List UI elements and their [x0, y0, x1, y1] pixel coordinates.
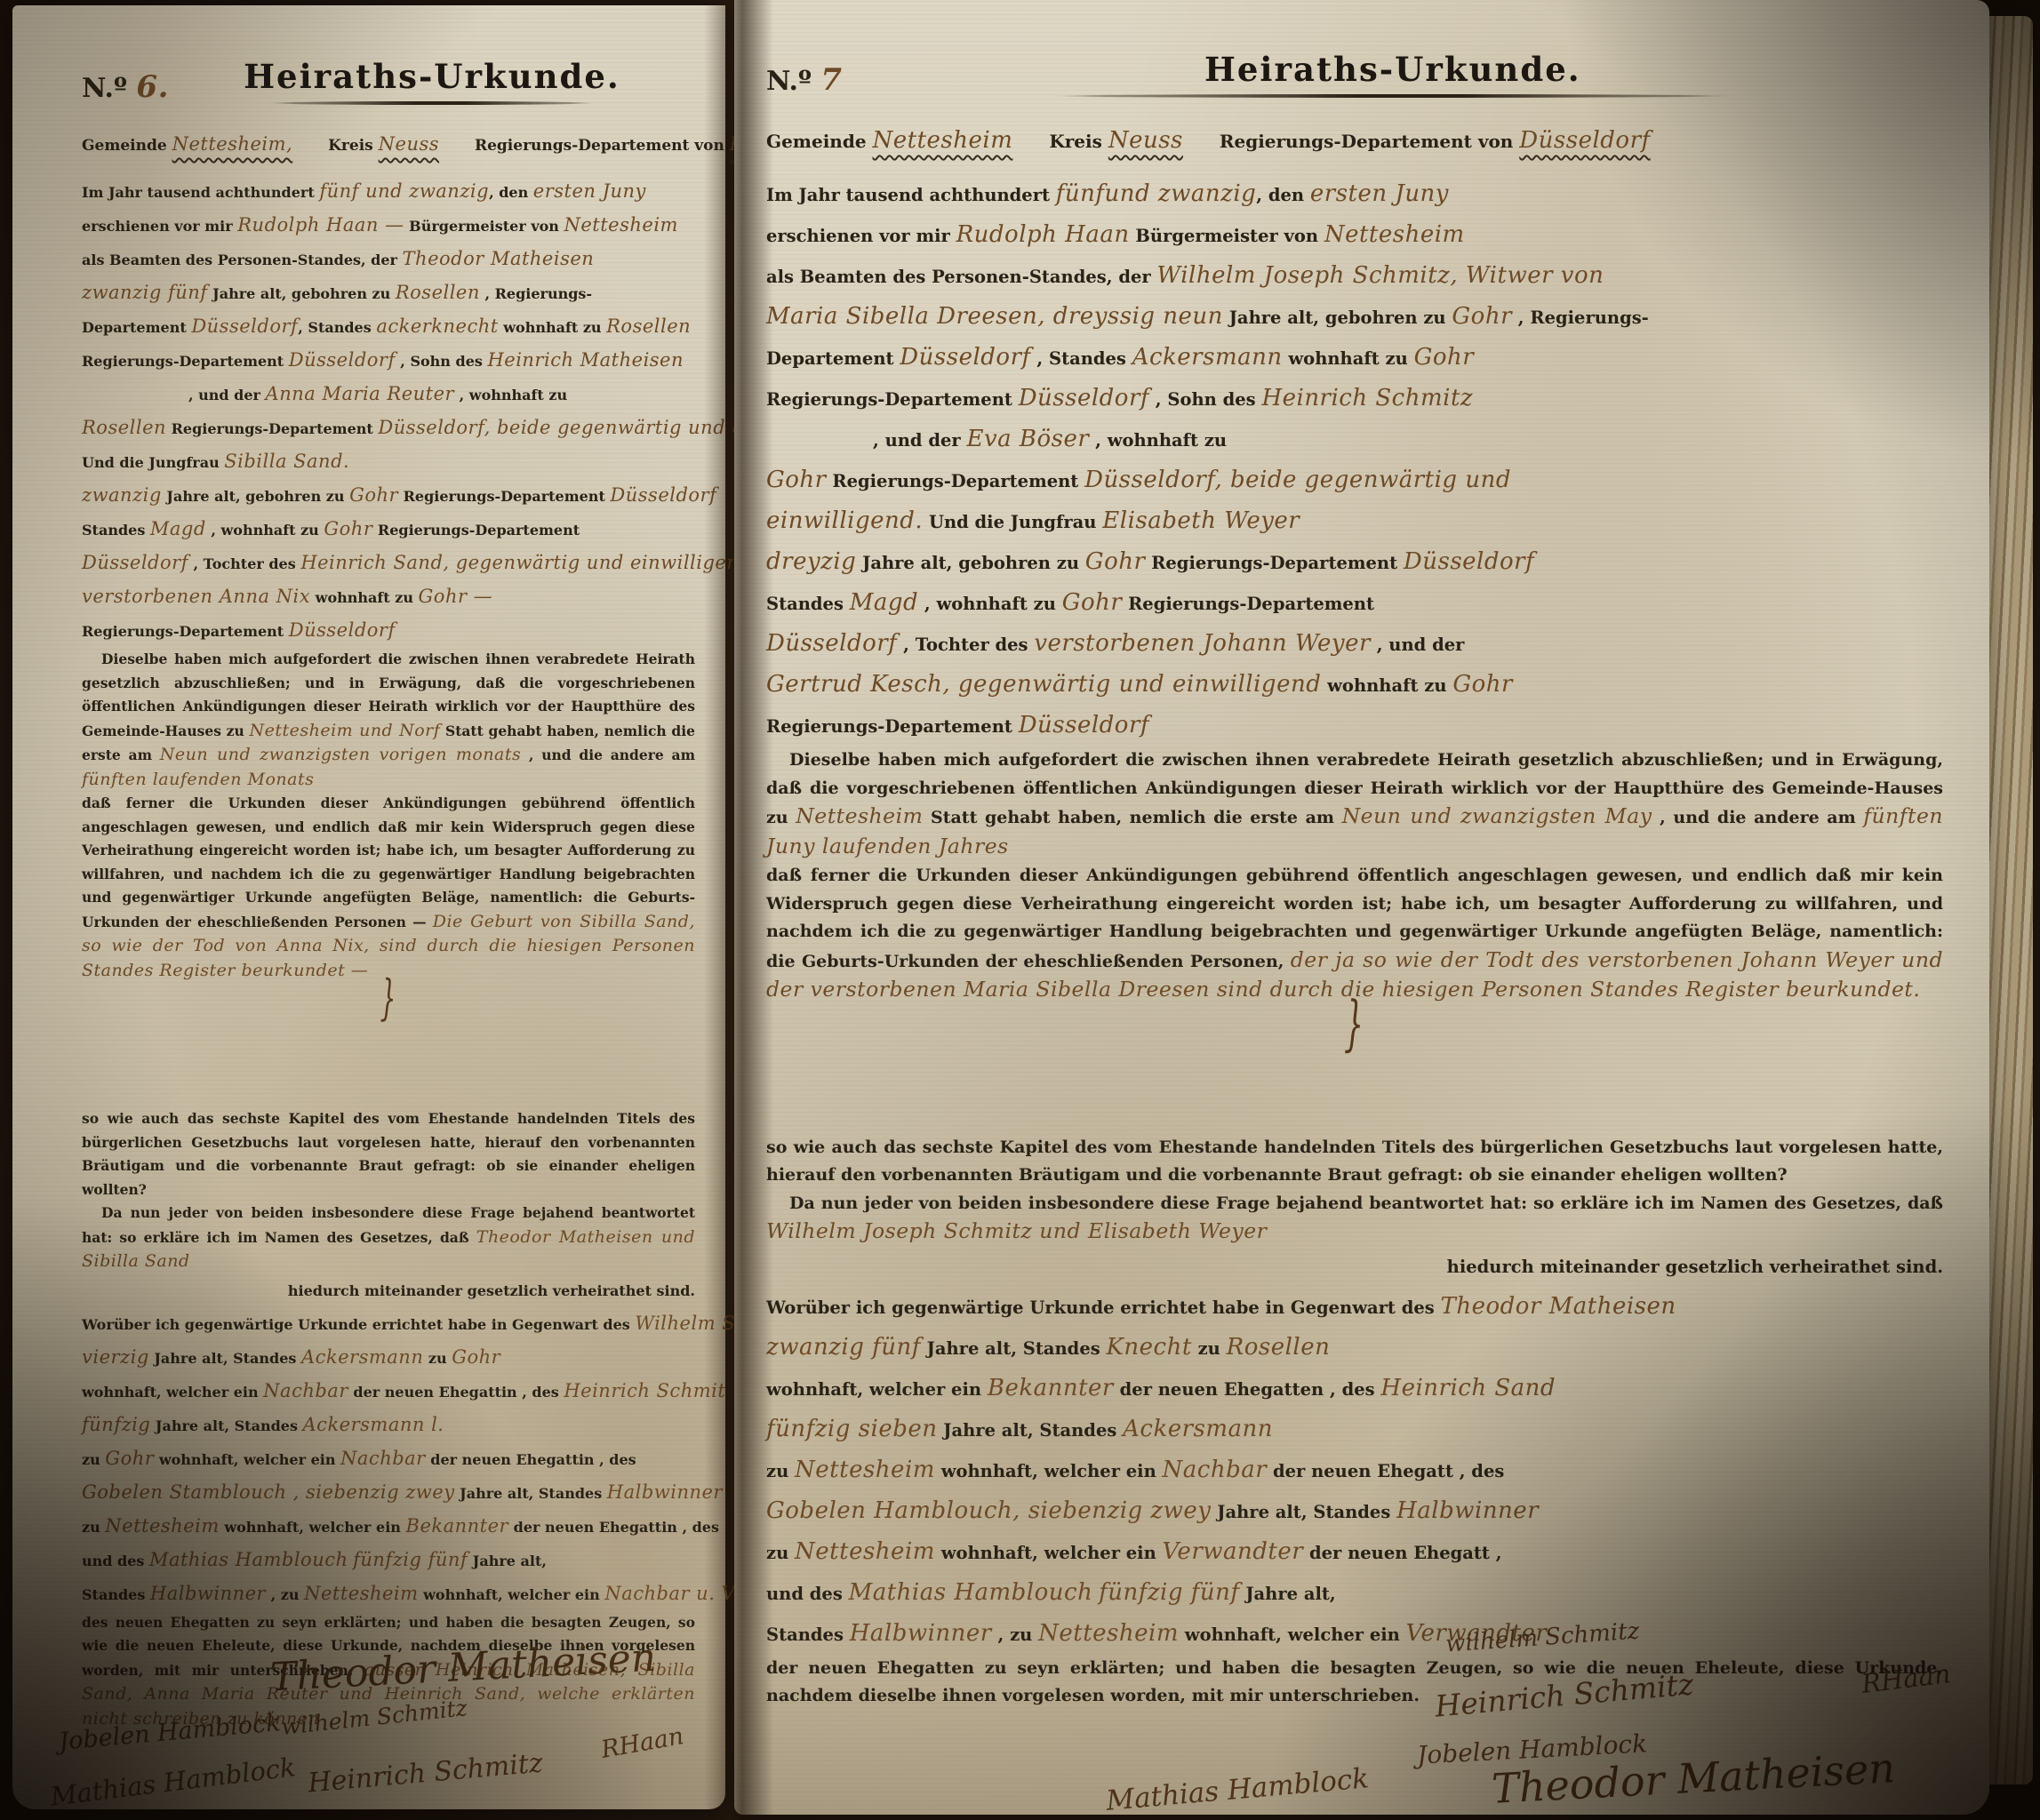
- printed-text: Regierungs-Departement: [1145, 553, 1403, 573]
- printed-text: Regierungs-Departement: [827, 471, 1084, 491]
- handwritten-text: Ackersmann: [1123, 1416, 1273, 1442]
- handwritten-text: Rudolph Haan: [956, 221, 1130, 248]
- certificate-number: N.º 6.: [82, 69, 169, 105]
- printed-text: Standes: [766, 1624, 850, 1645]
- handwritten-text: vierzig: [82, 1346, 149, 1368]
- groom-age-line: Maria Sibella Dreesen, dreyssig neun Jah…: [766, 297, 1943, 338]
- date-line: Im Jahr tausend achthundert fünfund zwan…: [766, 174, 1943, 215]
- handwritten-text: Nettesheim: [795, 1457, 935, 1483]
- open-register-book: N.º 6. Heiraths-Urkunde. Gemeinde Nettes…: [0, 0, 2040, 1820]
- printed-text: der neuen Ehegattin , des: [508, 1519, 719, 1536]
- printed-text: wohnhaft, welcher ein: [154, 1451, 340, 1468]
- witness1-age-line: zwanzig fünf Jahre alt, Standes Knecht z…: [766, 1328, 1943, 1369]
- printed-text: wohnhaft, welcher ein: [1179, 1624, 1406, 1645]
- handwritten-text: Nettesheim: [564, 214, 677, 235]
- handwritten-text: Rosellen: [82, 417, 166, 438]
- witness2-age-line: fünfzig sieben Jahre alt, Standes Ackers…: [766, 1409, 1943, 1450]
- handwritten-text: Nachbar: [263, 1380, 348, 1401]
- handwritten-text: Gohr: [1085, 548, 1146, 575]
- page-title: Heiraths-Urkunde.: [169, 57, 695, 96]
- printed-text: Regierungs-Departement: [398, 488, 610, 505]
- printed-text: zu: [1192, 1338, 1227, 1359]
- witness4-line: zu Nettesheim wohnhaft, welcher ein Verw…: [766, 1532, 1943, 1573]
- title-block: Heiraths-Urkunde.: [843, 50, 1943, 98]
- parents-residence-line: Rosellen Regierungs-Departement Düsseldo…: [82, 411, 695, 445]
- printed-text: der neuen Ehegattin , des: [426, 1451, 636, 1468]
- handwritten-text: Heinrich Sand: [1380, 1375, 1556, 1401]
- title-rule: [1052, 94, 1734, 98]
- witness2-age-line: fünfzig Jahre alt, Standes Ackersmann l.: [82, 1409, 695, 1442]
- handwritten-text: Nettesheim und Norf: [249, 721, 440, 740]
- handwritten-text: fünfzig: [82, 1414, 150, 1435]
- right-page-body: Gemeinde Nettesheim Kreis Neuss Regierun…: [766, 121, 1943, 1711]
- printed-text: hiedurch miteinander gesetzlich verheira…: [1447, 1257, 1943, 1277]
- bride-department-line: Regierungs-Departement Düsseldorf: [82, 614, 695, 648]
- handwritten-text: Halbwinner: [150, 1583, 266, 1604]
- declaration-paragraph: Da nun jeder von beiden insbesondere die…: [766, 1190, 1943, 1248]
- handwritten-text: dreyzig: [766, 548, 856, 575]
- printed-text: , wohnhaft zu: [454, 387, 567, 403]
- title-rule: [268, 101, 595, 105]
- printed-text: , wohnhaft zu: [918, 594, 1062, 614]
- printed-text: als Beamten des Personen-Standes, der: [766, 267, 1156, 287]
- code-paragraph: so wie auch das sechste Kapitel des vom …: [82, 1107, 695, 1201]
- printed-text: Jahre alt,: [468, 1553, 547, 1569]
- printed-text: Standes: [82, 1586, 150, 1603]
- handwritten-text: Ackersmann: [1132, 344, 1283, 371]
- married-line: hiedurch miteinander gesetzlich verheira…: [766, 1248, 1943, 1287]
- handwritten-text: verstorbenen Anna Nix: [82, 586, 310, 607]
- witness4-status-line: Standes Halbwinner , zu Nettesheim wohnh…: [82, 1577, 695, 1611]
- handwritten-text: Nachbar: [1163, 1457, 1268, 1483]
- printed-text: Regierungs-Departement: [1122, 594, 1374, 614]
- groom-mother-line: , und der Anna Maria Reuter , wohnhaft z…: [82, 378, 695, 411]
- handwritten-text: }: [1344, 974, 1365, 1077]
- printed-text: hiedurch miteinander gesetzlich verheira…: [288, 1282, 695, 1299]
- handwritten-text: Nettesheim: [1324, 221, 1465, 248]
- number-label: N.º: [82, 73, 127, 104]
- printed-text: als Beamten des Personen-Standes, der: [82, 251, 403, 268]
- printed-text: und des: [82, 1553, 149, 1569]
- handwritten-text: Nettesheim: [796, 803, 923, 828]
- printed-text: der neuen Ehegatt ,: [1303, 1543, 1501, 1563]
- handwritten-text: zwanzig fünf: [766, 1334, 921, 1361]
- witness1-line: Worüber ich gegenwärtige Urkunde erricht…: [82, 1307, 695, 1341]
- printed-text: Jahre alt, gebohren zu: [162, 488, 349, 505]
- printed-text: wohnhaft zu: [499, 319, 606, 336]
- witness1-line: Worüber ich gegenwärtige Urkunde erricht…: [766, 1287, 1943, 1328]
- handwritten-text: Düsseldorf, beide gegenwärtig und: [1084, 467, 1511, 493]
- printed-text: , und die andere am: [1652, 808, 1864, 827]
- code-paragraph: so wie auch das sechste Kapitel des vom …: [766, 1134, 1943, 1190]
- number-value: 7: [820, 62, 842, 98]
- groom-father-line: Regierungs-Departement Düsseldorf , Sohn…: [766, 379, 1943, 419]
- printed-text: Jahre alt, Standes: [1211, 1502, 1396, 1522]
- witness2-line: wohnhaft, welcher ein Bekannter der neue…: [766, 1369, 1943, 1409]
- printed-text: Jahre alt, Standes: [149, 1350, 301, 1367]
- handwritten-text: Heinrich Sand, gegenwärtig und einwillig…: [300, 552, 751, 573]
- married-line: hiedurch miteinander gesetzlich verheira…: [82, 1274, 695, 1307]
- handwritten-text: fünfzig fünf: [353, 1549, 468, 1570]
- handwritten-text: fünf und zwanzig: [319, 180, 489, 202]
- printed-text: , Tochter des: [188, 555, 300, 572]
- printed-text: Standes: [82, 522, 150, 539]
- handwritten-text: Nachbar: [340, 1448, 426, 1469]
- handwritten-text: Düsseldorf: [900, 344, 1030, 371]
- left-page-body: Gemeinde Nettesheim, Kreis Neuss Regieru…: [82, 128, 695, 1731]
- community-field-row: Gemeinde Nettesheim, Kreis Neuss Regieru…: [82, 128, 695, 163]
- printed-text: Regierungs-Departement von: [469, 137, 730, 155]
- handwritten-text: fünften laufenden Monats: [82, 770, 314, 789]
- printed-text: Und die Jungfrau: [923, 512, 1102, 532]
- printed-text: Jahre alt, Standes: [921, 1338, 1107, 1359]
- printed-text: , zu: [266, 1586, 304, 1603]
- announcement-paragraph: Dieselbe haben mich aufgefordert die zwi…: [82, 648, 695, 792]
- handwritten-text: Gohr: [105, 1448, 154, 1469]
- declaration-paragraph: Da nun jeder von beiden insbesondere die…: [82, 1201, 695, 1274]
- handwritten-text: fünfzig sieben: [766, 1416, 937, 1442]
- printed-text: , Sohn des: [396, 353, 488, 370]
- community-field-row: Gemeinde Nettesheim Kreis Neuss Regierun…: [766, 121, 1943, 162]
- number-label: N.º: [766, 66, 812, 97]
- right-page-certificate-7: N.º 7 Heiraths-Urkunde. Gemeinde Nettesh…: [734, 0, 1989, 1815]
- bride-mother-line: Gertrud Kesch, gegenwärtig und einwillig…: [766, 665, 1943, 706]
- printed-text: der neuen Ehegattin , des: [348, 1384, 564, 1401]
- printed-text: , den: [489, 184, 533, 201]
- printed-text: Regierungs-Departement: [82, 623, 289, 640]
- printed-text: der neuen Ehegatten zu seyn erklärten; u…: [766, 1658, 1943, 1706]
- printed-text: Regierungs-Departement: [766, 389, 1019, 410]
- handwritten-text: Magd: [850, 589, 918, 616]
- handwritten-text: Gohr: [452, 1346, 500, 1368]
- bride-father-line: Düsseldorf , Tochter des verstorbenen Jo…: [766, 624, 1943, 665]
- handwritten-text: Halbwinner: [607, 1481, 723, 1503]
- printed-text: und des: [766, 1584, 849, 1604]
- printed-text: wohnhaft, welcher ein: [220, 1519, 406, 1536]
- handwritten-text: Düsseldorf: [1019, 385, 1149, 411]
- printed-text: , wohnhaft zu: [206, 522, 324, 539]
- handwritten-text: Bekannter: [988, 1375, 1114, 1401]
- printed-text: wohnhaft, welcher ein: [766, 1379, 988, 1400]
- handwritten-text: Gohr: [1452, 303, 1512, 330]
- handwritten-text: Halbwinner: [850, 1620, 992, 1647]
- handwritten-text: Düsseldorf: [1404, 548, 1534, 575]
- ink-flourish: }: [766, 1006, 1943, 1095]
- printed-text: Jahre alt, gebohren zu: [1223, 307, 1452, 328]
- printed-text: Kreis: [323, 137, 378, 155]
- printed-text: Und die Jungfrau: [82, 454, 224, 471]
- handwritten-text: Neuss: [1108, 127, 1213, 154]
- handwritten-text: Düsseldorf: [1019, 712, 1149, 738]
- handwritten-text: fünfund zwanzig: [1056, 180, 1257, 207]
- title-block: Heiraths-Urkunde.: [169, 57, 695, 105]
- printed-text: Jahre alt, gebohren zu: [856, 553, 1084, 573]
- handwritten-text: Gobelen Stamblouch , siebenzig zwey: [82, 1481, 455, 1503]
- printed-text: Jahre alt, Standes: [150, 1417, 302, 1434]
- printed-text: , Tochter des: [897, 635, 1034, 655]
- printed-text: , Regierungs-: [1512, 307, 1649, 328]
- handwritten-text: Elisabeth Weyer: [1102, 507, 1300, 534]
- groom-residence-line: Departement Düsseldorf , Standes Ackersm…: [766, 338, 1943, 379]
- handwritten-text: Gohr: [1062, 589, 1123, 616]
- number-value: 6.: [136, 69, 169, 105]
- witness1-age-line: vierzig Jahre alt, Standes Ackersmann zu…: [82, 1341, 695, 1375]
- handwritten-text: Neun und zwanzigsten vorigen monats: [160, 745, 522, 764]
- handwritten-text: Gohr: [349, 484, 398, 506]
- printed-text: Worüber ich gegenwärtige Urkunde erricht…: [82, 1316, 635, 1333]
- signature-mathias-hamblock: Mathias Hamblock: [1105, 1762, 1370, 1817]
- officiant-line: erschienen vor mir Rudolph Haan Bürgerme…: [766, 215, 1943, 256]
- printed-text: Departement: [766, 348, 900, 369]
- date-line: Im Jahr tausend achthundert fünf und zwa…: [82, 175, 695, 209]
- printed-text: Jahre alt, Standes: [455, 1485, 607, 1502]
- handwritten-text: Rudolph Haan —: [237, 214, 404, 235]
- printed-text: der neuen Ehegatt , des: [1267, 1461, 1504, 1481]
- handwritten-text: Magd: [150, 518, 206, 539]
- printed-text: wohnhaft zu: [310, 589, 418, 606]
- witness2-line: wohnhaft, welcher ein Nachbar der neuen …: [82, 1375, 695, 1409]
- printed-text: wohnhaft, welcher ein: [935, 1543, 1163, 1563]
- printed-text: zu: [82, 1451, 105, 1468]
- printed-text: , und der: [873, 430, 966, 451]
- handwritten-text: Eva Böser: [966, 426, 1089, 452]
- handwritten-text: ackerknecht: [376, 315, 498, 337]
- printed-text: , Standes: [298, 319, 376, 336]
- groom-line: als Beamten des Personen-Standes, der Th…: [82, 243, 695, 276]
- handwritten-text: Gohr: [766, 467, 827, 493]
- printed-text: Bürgermeister von: [1130, 226, 1324, 246]
- printed-text: Regierungs-Departement von: [1213, 131, 1519, 152]
- handwritten-text: Theodor Matheisen: [403, 248, 595, 269]
- printed-text: Bürgermeister von: [404, 218, 564, 235]
- printed-text: , zu: [992, 1624, 1038, 1645]
- bride-line: Und die Jungfrau Sibilla Sand.: [82, 445, 695, 479]
- handwritten-text: Düsseldorf: [191, 315, 298, 337]
- bride-father-line: Düsseldorf , Tochter des Heinrich Sand, …: [82, 547, 695, 580]
- printed-text: wohnhaft, welcher ein: [82, 1384, 263, 1401]
- handwritten-text: Gohr: [1414, 344, 1475, 371]
- printed-text: so wie auch das sechste Kapitel des vom …: [766, 1137, 1943, 1185]
- printed-text: zu: [766, 1461, 795, 1481]
- printed-text: Standes: [766, 594, 850, 614]
- spacer: [82, 1072, 695, 1107]
- handwritten-text: Rosellen: [396, 282, 480, 303]
- printed-text: Regierungs-Departement: [166, 420, 378, 437]
- handwritten-text: Nettesheim: [1038, 1620, 1179, 1647]
- handwritten-text: Mathias Hamblouch: [149, 1549, 348, 1570]
- groom-age-line: zwanzig fünf Jahre alt, gebohren zu Rose…: [82, 276, 695, 310]
- handwritten-text: ersten Juny: [533, 180, 646, 202]
- printed-text: wohnhaft, welcher ein: [419, 1586, 605, 1603]
- signature-mathias-hamblock: Mathias Hamblock: [49, 1752, 297, 1812]
- printed-text: , und der: [1371, 635, 1464, 655]
- handwritten-text: Düsseldorf: [1519, 127, 1680, 154]
- printed-text: Departement: [82, 319, 191, 336]
- printed-text: Regierungs-Departement: [766, 716, 1019, 737]
- handwritten-text: Nettesheim,: [172, 133, 324, 155]
- printed-text: daß ferner die Urkunden dieser Ankündigu…: [82, 794, 695, 930]
- printed-text: Jahre alt,: [1240, 1584, 1336, 1604]
- bride-status-line: Standes Magd , wohnhaft zu Gohr Regierun…: [82, 513, 695, 547]
- handwritten-text: Anna Maria Reuter: [266, 383, 455, 404]
- witness3-line: zu Nettesheim wohnhaft, welcher ein Nach…: [766, 1450, 1943, 1491]
- printed-text: Regierungs-Departement: [82, 353, 289, 370]
- spacer: [766, 1095, 1943, 1134]
- printed-text: wohnhaft zu: [1321, 675, 1452, 696]
- printed-text: erschienen vor mir: [766, 226, 956, 246]
- witness4-line: zu Nettesheim wohnhaft, welcher ein Beka…: [82, 1510, 695, 1544]
- handwritten-text: Gobelen Hamblouch, siebenzig zwey: [766, 1497, 1211, 1524]
- printed-text: zu: [82, 1519, 105, 1536]
- handwritten-text: Maria Sibella Dreesen, dreyssig neun: [766, 303, 1223, 330]
- handwritten-text: einwilligend.: [766, 507, 923, 534]
- handwritten-text: zwanzig: [82, 484, 162, 506]
- handwritten-text: verstorbenen Johann Weyer: [1034, 630, 1371, 657]
- handwritten-text: Ackersmann l.: [303, 1414, 444, 1435]
- printed-text: , den: [1256, 185, 1310, 205]
- printed-text: Worüber ich gegenwärtige Urkunde erricht…: [766, 1297, 1441, 1318]
- handwritten-text: Sibilla Sand.: [224, 451, 349, 472]
- handwritten-text: Heinrich Matheisen: [487, 349, 684, 371]
- handwritten-text: Wilhelm Joseph Schmitz und Elisabeth Wey…: [766, 1218, 1267, 1243]
- handwritten-text: Rosellen: [1227, 1334, 1331, 1361]
- right-page-header: N.º 7 Heiraths-Urkunde.: [766, 50, 1943, 98]
- printed-text: Im Jahr tausend achthundert: [766, 185, 1056, 205]
- handwritten-text: Bekannter: [406, 1515, 509, 1537]
- groom-mother-line: , und der Eva Böser , wohnhaft zu: [766, 419, 1943, 460]
- witness3-line: zu Gohr wohnhaft, welcher ein Nachbar de…: [82, 1442, 695, 1476]
- handwritten-text: Neun und zwanzigsten May: [1342, 803, 1652, 828]
- documents-paragraph: daß ferner die Urkunden dieser Ankündigu…: [82, 792, 695, 983]
- handwritten-text: Düsseldorf: [610, 484, 716, 506]
- printed-text: wohnhaft zu: [1283, 348, 1414, 369]
- witness3-age-line: Gobelen Hamblouch, siebenzig zwey Jahre …: [766, 1491, 1943, 1532]
- bride-line: einwilligend. Und die Jungfrau Elisabeth…: [766, 501, 1943, 542]
- printed-text: zu: [766, 1543, 795, 1563]
- signature-heinrich-schmitz: Heinrich Schmitz: [307, 1748, 544, 1800]
- bride-mother-line: verstorbenen Anna Nix wohnhaft zu Gohr —: [82, 580, 695, 614]
- handwritten-text: ersten Juny: [1310, 180, 1449, 207]
- bride-department-line: Regierungs-Departement Düsseldorf: [766, 706, 1943, 746]
- handwritten-text: Düsseldorf: [289, 619, 396, 641]
- handwritten-text: Knecht: [1107, 1334, 1192, 1361]
- handwritten-text: Heinrich Schmitz: [1261, 385, 1473, 411]
- handwritten-text: Nettesheim: [873, 127, 1044, 154]
- handwritten-text: fünfzig fünf: [1099, 1579, 1239, 1606]
- handwritten-text: Düsseldorf: [82, 552, 188, 573]
- printed-text: Statt gehabt haben, nemlich die erste am: [923, 808, 1341, 827]
- printed-text: , und die andere am: [521, 746, 695, 763]
- handwritten-text: Halbwinner: [1396, 1497, 1539, 1524]
- handwritten-text: Verwandter: [1163, 1538, 1304, 1565]
- printed-text: zu: [423, 1350, 452, 1367]
- handwritten-text: Gertrud Kesch, gegenwärtig und einwillig…: [766, 671, 1321, 698]
- printed-text: Gemeinde: [82, 137, 172, 155]
- officiant-line: erschienen vor mir Rudolph Haan — Bürger…: [82, 209, 695, 243]
- handwritten-text: Ackersmann: [301, 1346, 423, 1368]
- groom-line: als Beamten des Personen-Standes, der Wi…: [766, 256, 1943, 297]
- handwritten-text: Nettesheim: [105, 1515, 219, 1537]
- witness3-age-line: Gobelen Stamblouch , siebenzig zwey Jahr…: [82, 1476, 695, 1510]
- bride-status-line: Standes Magd , wohnhaft zu Gohr Regierun…: [766, 583, 1943, 624]
- handwritten-text: Theodor Matheisen: [1441, 1293, 1676, 1320]
- printed-text: Im Jahr tausend achthundert: [82, 184, 319, 201]
- handwritten-text: Gohr: [1452, 671, 1513, 698]
- printed-text: , und der: [188, 387, 266, 403]
- printed-text: Jahre alt, gebohren zu: [208, 285, 396, 302]
- handwritten-text: Nettesheim: [795, 1538, 935, 1565]
- groom-father-line: Regierungs-Departement Düsseldorf , Sohn…: [82, 344, 695, 378]
- printed-text: Regierungs-Departement: [372, 522, 580, 539]
- bride-age-line: dreyzig Jahre alt, gebohren zu Gohr Regi…: [766, 542, 1943, 583]
- closing-paragraph: der neuen Ehegatten zu seyn erklärten; u…: [766, 1655, 1943, 1711]
- handwritten-text: Düsseldorf: [289, 349, 396, 371]
- printed-text: Jahre alt, Standes: [937, 1420, 1123, 1441]
- printed-text: Gemeinde: [766, 131, 873, 152]
- printed-text: , Standes: [1031, 348, 1132, 369]
- left-page-header: N.º 6. Heiraths-Urkunde.: [82, 57, 695, 105]
- handwritten-text: Nettesheim: [304, 1583, 418, 1604]
- printed-text: der neuen Ehegatten , des: [1114, 1379, 1381, 1400]
- announcement-paragraph: Dieselbe haben mich aufgefordert die zwi…: [766, 746, 1943, 862]
- printed-text: wohnhaft, welcher ein: [935, 1461, 1163, 1481]
- handwritten-text: Heinrich Schmit: [564, 1380, 725, 1401]
- parents-residence-line: Gohr Regierungs-Departement Düsseldorf, …: [766, 460, 1943, 501]
- handwritten-text: Gohr —: [419, 586, 493, 607]
- witness4-name-line: und des Mathias Hamblouch fünfzig fünf J…: [82, 1544, 695, 1577]
- handwritten-text: Rosellen: [606, 315, 691, 337]
- handwritten-text: Mathias Hamblouch: [849, 1579, 1093, 1606]
- handwritten-text: Neuss: [379, 133, 469, 155]
- printed-text: , Sohn des: [1149, 389, 1261, 410]
- printed-text: , Regierungs-: [480, 285, 592, 302]
- bride-age-line: zwanzig Jahre alt, gebohren zu Gohr Regi…: [82, 479, 695, 513]
- handwritten-text: Wilhelm Joseph Schmitz, Witwer von: [1156, 262, 1604, 289]
- handwritten-text: Düsseldorf: [766, 630, 897, 657]
- ink-flourish: }: [82, 983, 695, 1072]
- left-page-certificate-6: N.º 6. Heiraths-Urkunde. Gemeinde Nettes…: [12, 5, 725, 1809]
- groom-residence-line: Departement Düsseldorf, Standes ackerkne…: [82, 310, 695, 344]
- printed-text: , wohnhaft zu: [1089, 430, 1227, 451]
- handwritten-text: Gohr: [324, 518, 372, 539]
- handwritten-text: zwanzig fünf: [82, 282, 208, 303]
- page-title: Heiraths-Urkunde.: [843, 50, 1943, 89]
- witness4-name-line: und des Mathias Hamblouch fünfzig fünf J…: [766, 1573, 1943, 1614]
- printed-text: so wie auch das sechste Kapitel des vom …: [82, 1110, 695, 1198]
- printed-text: Kreis: [1043, 131, 1108, 152]
- witness4-status-line: Standes Halbwinner , zu Nettesheim wohnh…: [766, 1614, 1943, 1655]
- printed-text: Da nun jeder von beiden insbesondere die…: [789, 1193, 1943, 1213]
- handwritten-text: }: [380, 956, 397, 1042]
- certificate-number: N.º 7: [766, 62, 843, 98]
- printed-text: erschienen vor mir: [82, 218, 237, 235]
